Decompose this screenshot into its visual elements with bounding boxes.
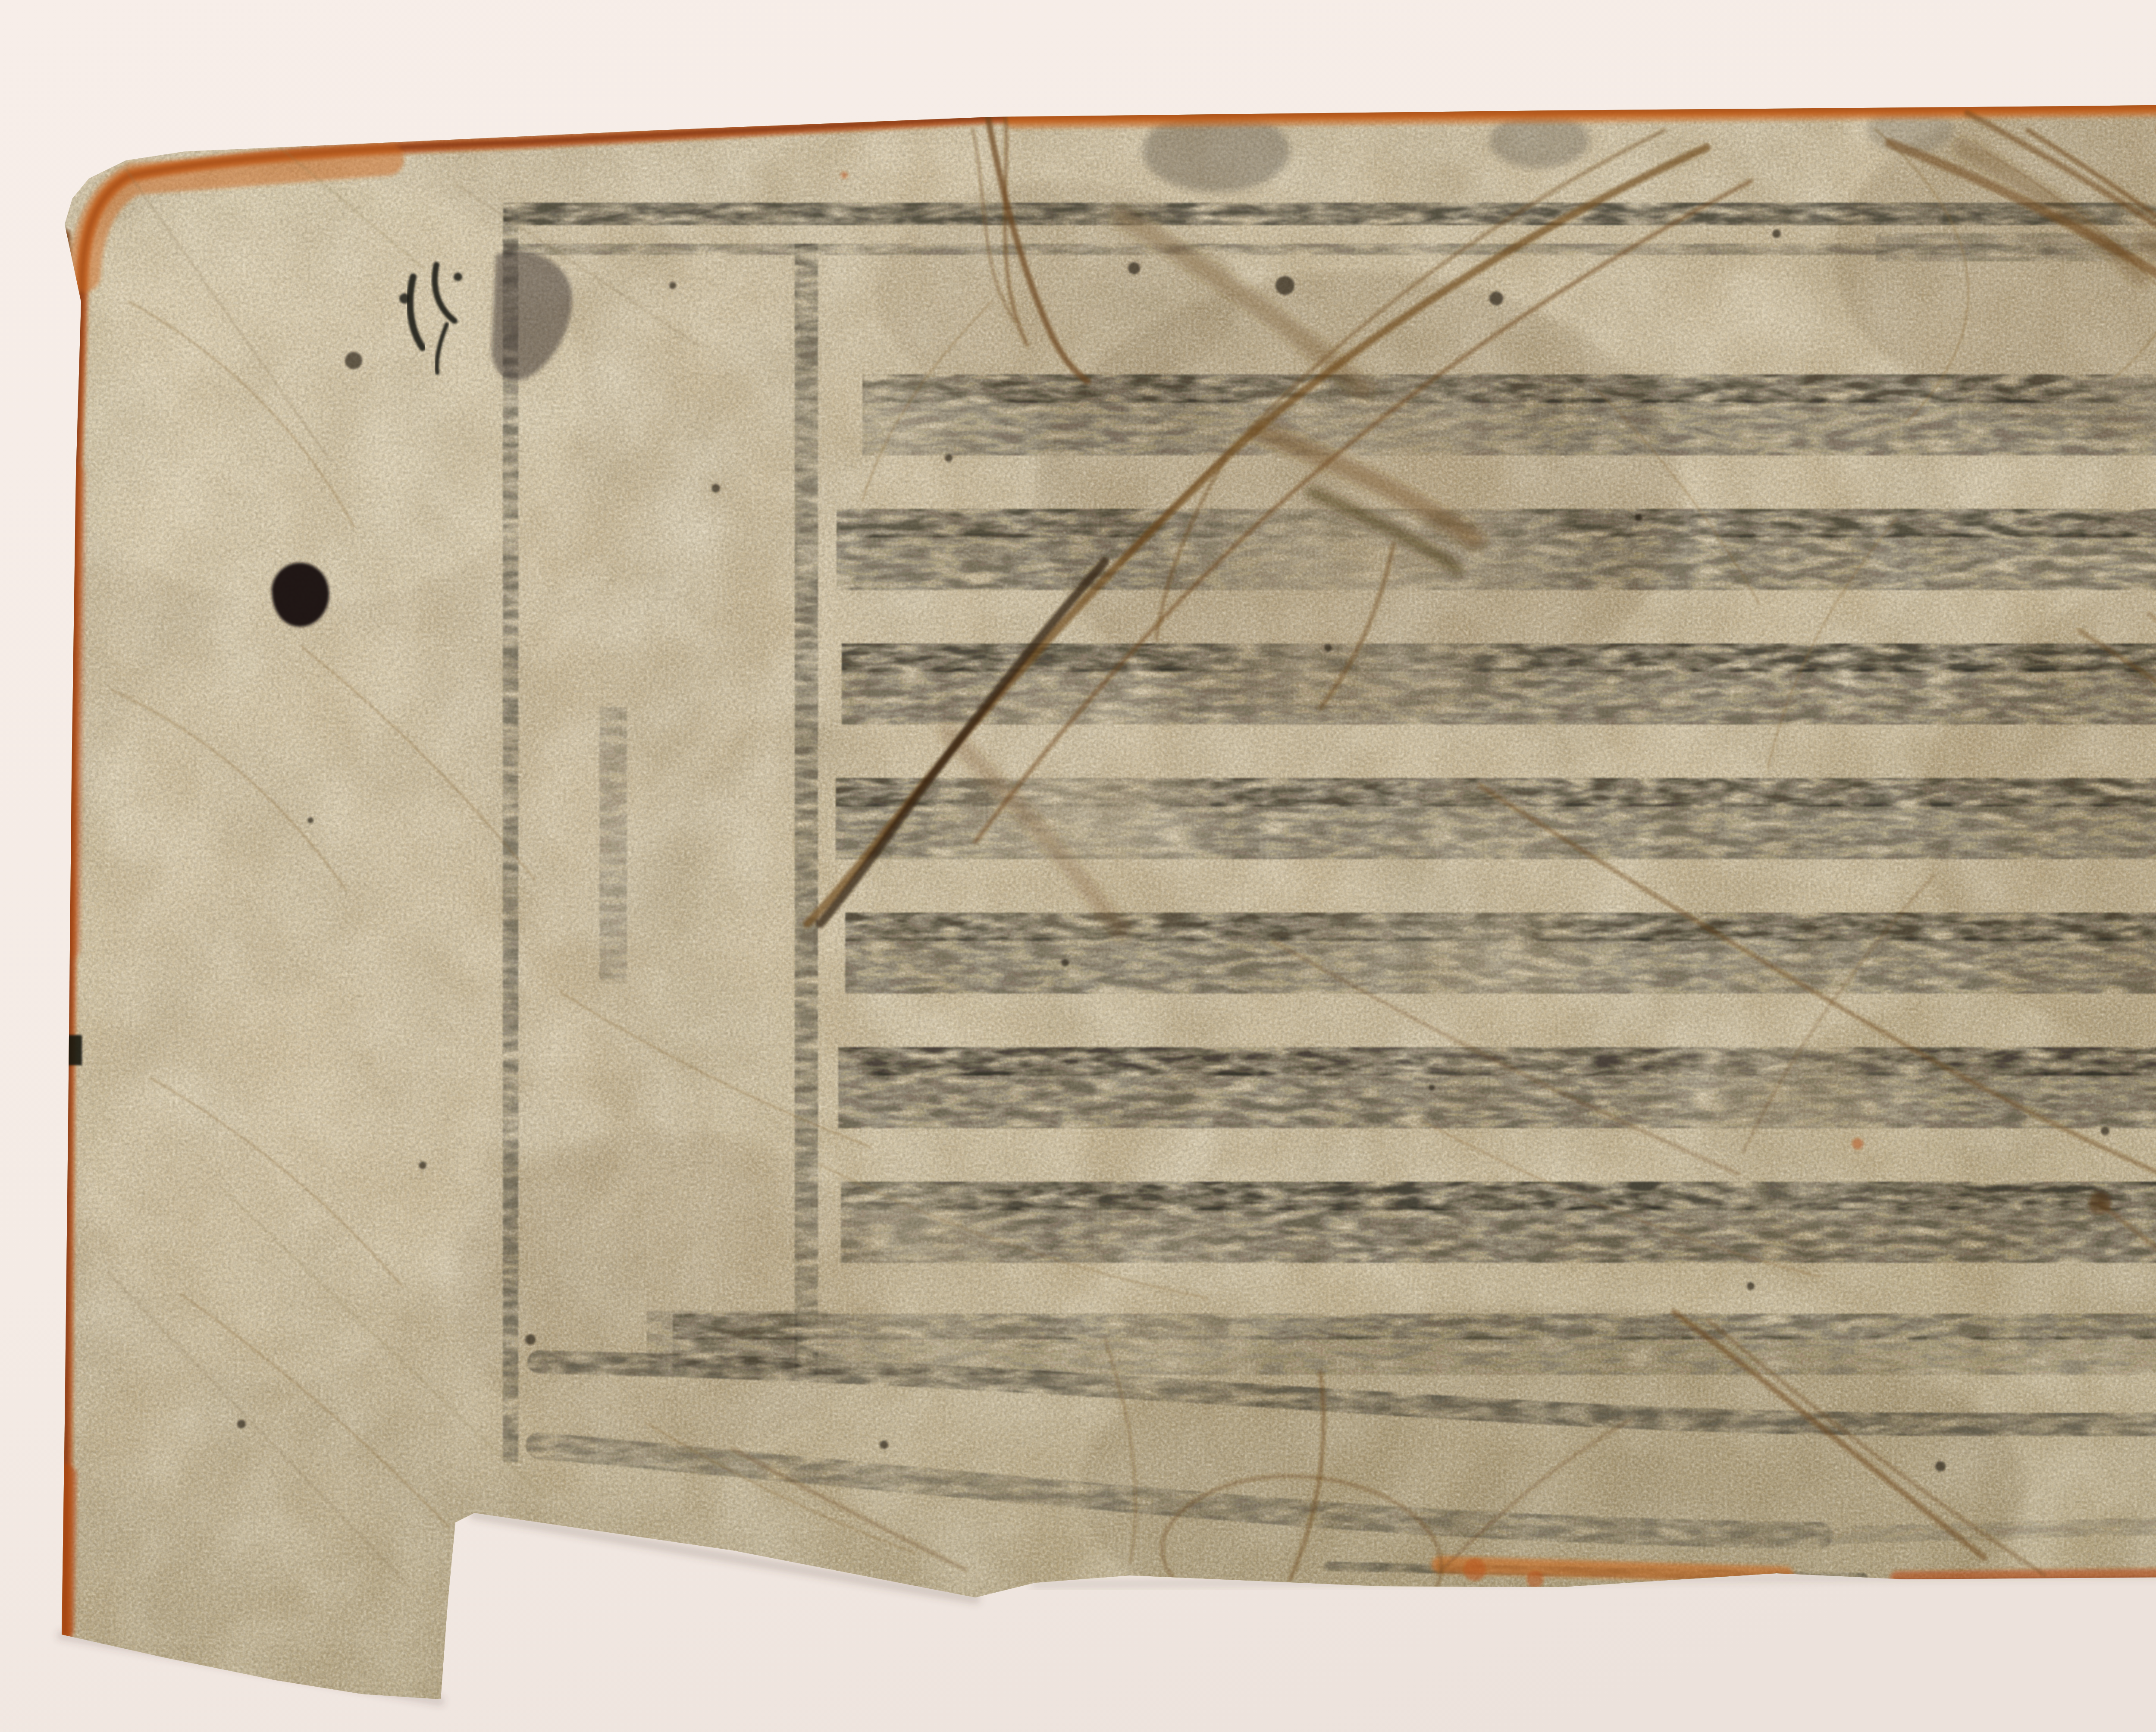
ink-speck (1429, 1085, 1435, 1091)
text-line-headline (862, 374, 2156, 403)
text-line-headline (841, 1182, 2156, 1210)
text-line-body (845, 938, 2156, 994)
ink-speck (1324, 644, 1332, 652)
ink-speck (880, 1440, 888, 1449)
text-line-row-1 (862, 374, 2156, 455)
text-line-body (842, 668, 2156, 725)
ink-speck (419, 1161, 426, 1169)
text-line-body (673, 1336, 2156, 1375)
text-line-row-6 (838, 1047, 2156, 1128)
ink-speck (669, 282, 676, 289)
text-line-body (862, 399, 2156, 455)
text-line-body (838, 1072, 2156, 1128)
ink-speck (1635, 514, 1642, 521)
ink-speck (1747, 1282, 1755, 1290)
text-line-row-2 (837, 509, 2156, 590)
margin-ink-dot (399, 293, 410, 304)
ink-speck (711, 484, 720, 493)
red-speck (841, 172, 848, 179)
red-speck (1463, 1559, 1486, 1581)
ink-speck (307, 817, 313, 823)
ink-speck (525, 1334, 536, 1345)
manuscript-photo-svg: Photograph of a fragmentary Tibetan wood… (0, 0, 2156, 1732)
ink-speck (2101, 1126, 2109, 1135)
ink-hole (272, 562, 329, 627)
ink-speck (1128, 262, 1140, 274)
text-line-headline (837, 509, 2156, 537)
ink-speck (1061, 959, 1069, 966)
ink-speck (345, 352, 362, 369)
text-line-row-8 (673, 1314, 2156, 1375)
text-line-row-5 (845, 913, 2156, 994)
text-line-row-7 (841, 1182, 2156, 1263)
ink-speck (1489, 292, 1503, 305)
red-speck (1852, 1138, 1863, 1149)
margin-ink-dot (454, 273, 462, 281)
red-edge-stroke (1440, 1565, 1785, 1575)
text-line-headline (845, 913, 2156, 941)
text-line-headline (673, 1314, 2156, 1340)
red-edge-stroke (1897, 1571, 2156, 1578)
ink-speck (945, 454, 953, 462)
fiber-knot (2089, 1192, 2111, 1214)
frame-rule (599, 707, 627, 983)
ink-speck (237, 1420, 246, 1428)
frame-rule (795, 244, 818, 1376)
red-speck (1526, 1571, 1544, 1588)
photo-stage: Photograph of a fragmentary Tibetan wood… (0, 0, 2156, 1732)
text-line-body (837, 534, 2156, 590)
ink-speck (1935, 1461, 1946, 1472)
ink-speck (1772, 229, 1781, 238)
text-line-headline (836, 778, 2156, 806)
frame-rule (504, 203, 2156, 225)
frame-rule (503, 203, 518, 1462)
ink-speck (1275, 276, 1294, 295)
